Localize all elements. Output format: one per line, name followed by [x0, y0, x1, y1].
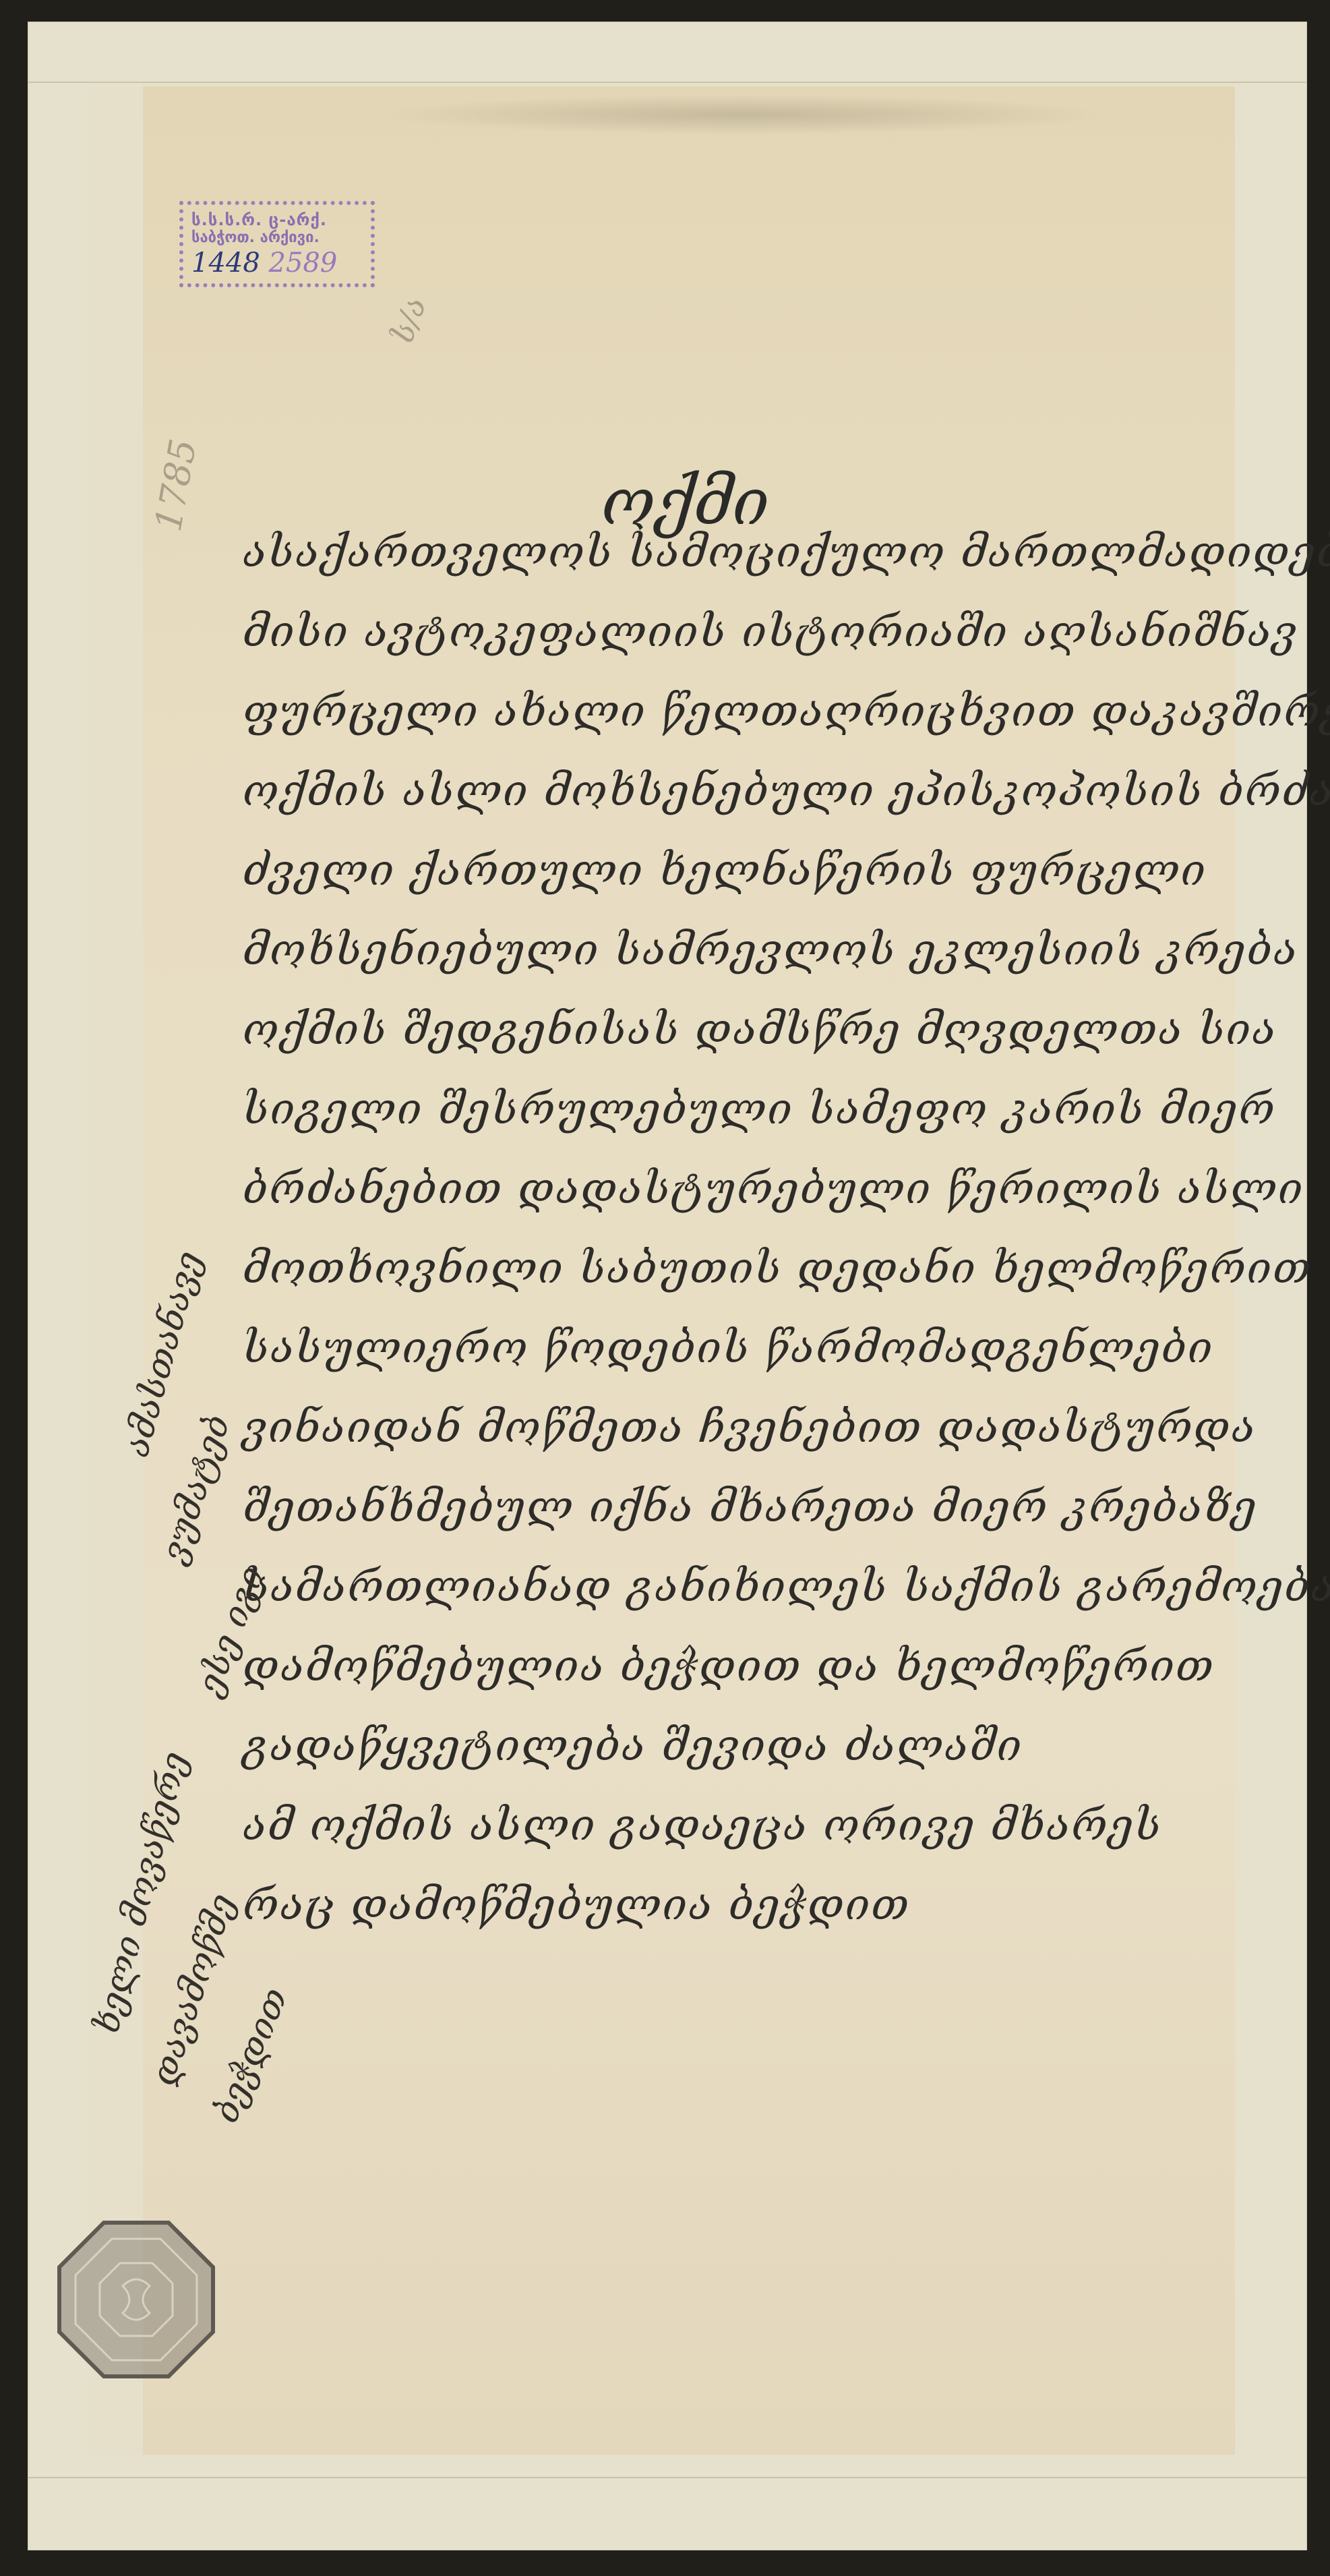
item-number: 2589 — [269, 247, 338, 279]
text-line: გადაწყვეტილება შევიდა ძალაში — [243, 1706, 1186, 1786]
text-line: სიგელი შესრულებული სამეფო კარის მიერ — [243, 1070, 1186, 1149]
stamp-numbers: 1448 2589 — [191, 247, 363, 279]
text-line: ასაქართველოს სამოციქულო მართლმადიდებელ ე… — [243, 513, 1186, 592]
octagonal-seal-icon — [55, 2219, 217, 2380]
manuscript-body: ასაქართველოს სამოციქულო მართლმადიდებელ ე… — [243, 513, 1186, 1945]
stamp-line-1: ს.ს.ს.რ. ც-არქ. — [191, 210, 363, 229]
mount-fold-line-top — [28, 82, 1306, 83]
text-line: მოხსენიებული სამრევლოს ეკლესიის კრება — [243, 910, 1186, 990]
text-line: ძველი ქართული ხელნაწერის ფურცელი — [243, 831, 1186, 910]
fond-number: 1448 — [191, 247, 260, 279]
margin-note: ბეჭდით — [206, 1983, 296, 2128]
pencil-note-number: 1785 — [147, 436, 205, 534]
archive-stamp: ს.ს.ს.რ. ც-არქ. საბჭოთ. არქივი. 1448 258… — [179, 201, 375, 287]
stamp-line-2: საბჭოთ. არქივი. — [191, 229, 363, 246]
text-line: მოთხოვნილი საბუთის დედანი ხელმოწერით — [243, 1229, 1186, 1308]
text-line: ოქმის ასლი მოხსენებული ეპისკოპოსის ბრძან… — [243, 751, 1186, 831]
text-line: ბრძანებით დადასტურებული წერილის ასლი — [243, 1149, 1186, 1229]
margin-annotations: ამასთანავე ვუმატებ ესე იგი ხელი მოვაწერე… — [115, 1281, 371, 2293]
text-line: ოქმის შედგენისას დამსწრე მღვდელთა სია — [243, 990, 1186, 1070]
text-line: ვინაიდან მოწმეთა ჩვენებით დადასტურდა — [243, 1388, 1186, 1467]
margin-note: ესე იგი — [189, 1561, 273, 1700]
text-line: შეთანხმებულ იქნა მხარეთა მიერ კრებაზე — [243, 1467, 1186, 1547]
text-line: დამოწმებულია ბეჭდით და ხელმოწერით — [243, 1627, 1186, 1706]
mount-fold-line-bottom — [28, 2477, 1306, 2478]
text-line: სასულიერო წოდების წარმომადგენლები — [243, 1308, 1186, 1388]
text-line: სამართლიანად განიხილეს საქმის გარემოებან… — [243, 1547, 1186, 1627]
text-line: ამ ოქმის ასლი გადაეცა ორივე მხარეს — [243, 1786, 1186, 1865]
text-line: რაც დამოწმებულია ბეჭდით — [243, 1865, 1186, 1945]
faded-header-smudge — [372, 94, 1114, 135]
margin-note: ვუმატებ — [153, 1410, 239, 1567]
text-line: ფურცელი ახალი წელთაღრიცხვით დაკავშირებულ… — [243, 672, 1186, 751]
pencil-note-folio: ს/ა — [384, 292, 433, 348]
text-line: მისი ავტოკეფალიის ისტორიაში აღსანიშნავ — [243, 592, 1186, 672]
